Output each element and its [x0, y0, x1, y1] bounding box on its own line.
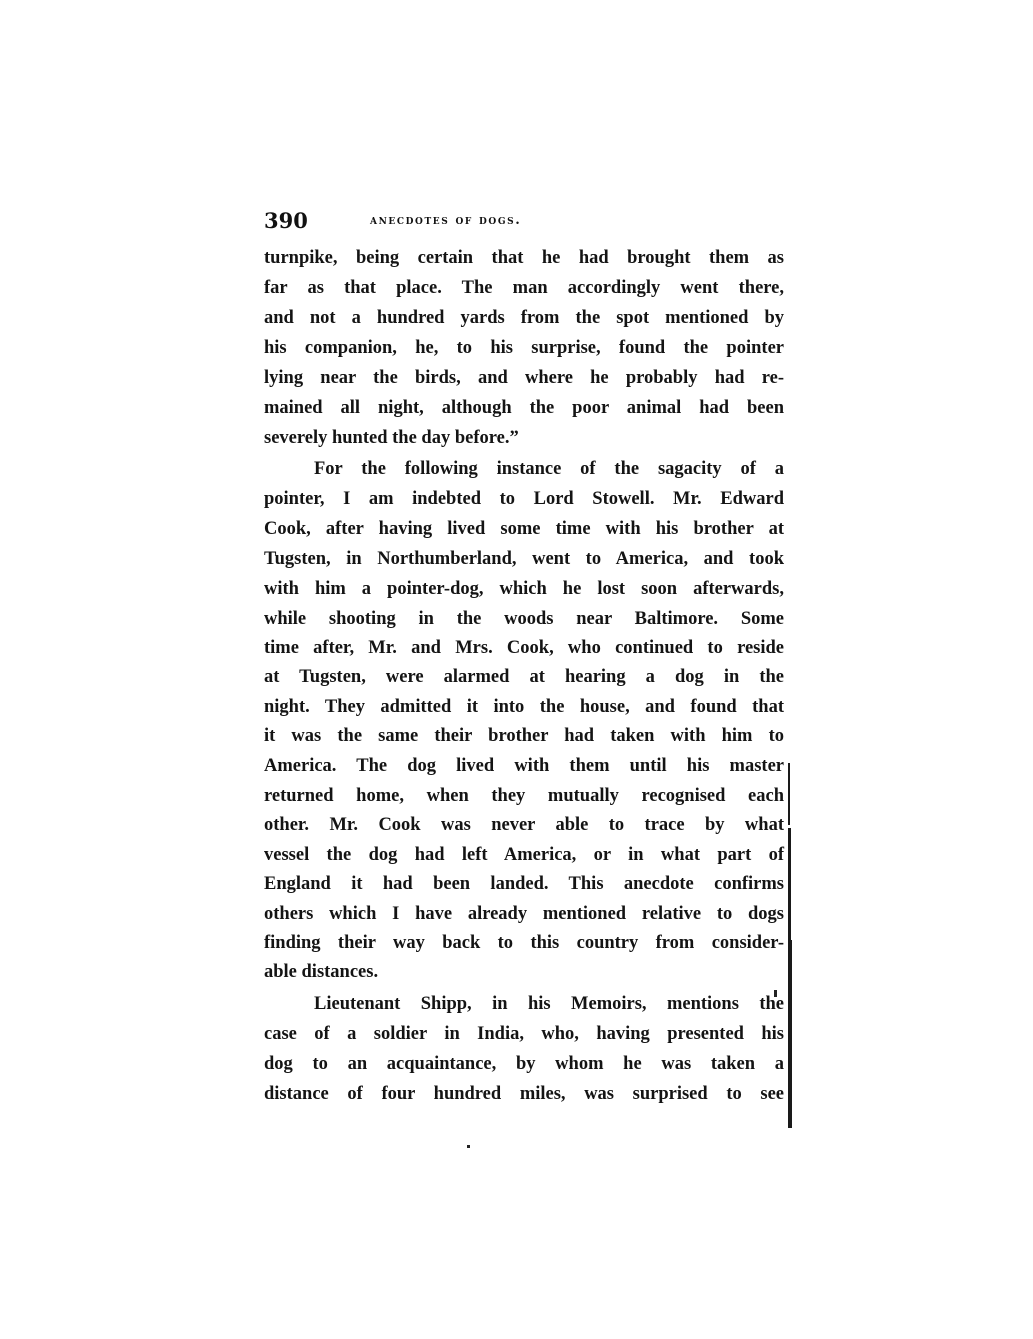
page-header: 390 ANECDOTES OF DOGS. [264, 208, 784, 234]
text-line: America. The dog lived with them until h… [264, 751, 784, 781]
text-line: time after, Mr. and Mrs. Cook, who conti… [264, 633, 784, 663]
text-line: his companion, he, to his surprise, foun… [264, 333, 784, 363]
text-line: at Tugsten, were alarmed at hearing a do… [264, 662, 784, 692]
text-line: returned home, when they mutually recogn… [264, 781, 784, 811]
scan-speck [467, 1145, 470, 1148]
text-line: lying near the birds, and where he proba… [264, 363, 784, 393]
text-line: Lieutenant Shipp, in his Memoirs, mentio… [314, 989, 784, 1019]
text-line: distance of four hundred miles, was surp… [264, 1079, 784, 1109]
text-line: England it had been landed. This anecdot… [264, 869, 784, 899]
text-line: and not a hundred yards from the spot me… [264, 303, 784, 333]
text-line: vessel the dog had left America, or in w… [264, 840, 784, 870]
text-line: mained all night, although the poor anim… [264, 393, 784, 423]
text-line: others which I have already mentioned re… [264, 899, 784, 929]
text-line: other. Mr. Cook was never able to trace … [264, 810, 784, 840]
text-line: dog to an acquaintance, by whom he was t… [264, 1049, 784, 1079]
text-line: night. They admitted it into the house, … [264, 692, 784, 722]
text-line: severely hunted the day before.” [264, 423, 784, 453]
scan-margin-line [788, 828, 791, 940]
text-line: pointer, I am indebted to Lord Stowell. … [264, 484, 784, 514]
text-line: with him a pointer-dog, which he lost so… [264, 574, 784, 604]
scan-margin-line [788, 940, 792, 1128]
text-line: finding their way back to this country f… [264, 928, 784, 958]
running-head: ANECDOTES OF DOGS. [370, 213, 521, 228]
text-line: Cook, after having lived some time with … [264, 514, 784, 544]
scan-margin-line [788, 763, 790, 825]
scan-speck [774, 990, 777, 997]
text-line: case of a soldier in India, who, having … [264, 1019, 784, 1049]
book-page: 390 ANECDOTES OF DOGS. turnpike, being c… [0, 0, 1033, 1339]
text-line: For the following instance of the sagaci… [314, 454, 784, 484]
text-line: Tugsten, in Northumberland, went to Amer… [264, 544, 784, 574]
text-line: while shooting in the woods near Baltimo… [264, 604, 784, 634]
text-line: able distances. [264, 957, 784, 987]
text-line: turnpike, being certain that he had brou… [264, 243, 784, 273]
text-line: it was the same their brother had taken … [264, 721, 784, 751]
text-line: far as that place. The man accordingly w… [264, 273, 784, 303]
page-number: 390 [264, 208, 308, 233]
